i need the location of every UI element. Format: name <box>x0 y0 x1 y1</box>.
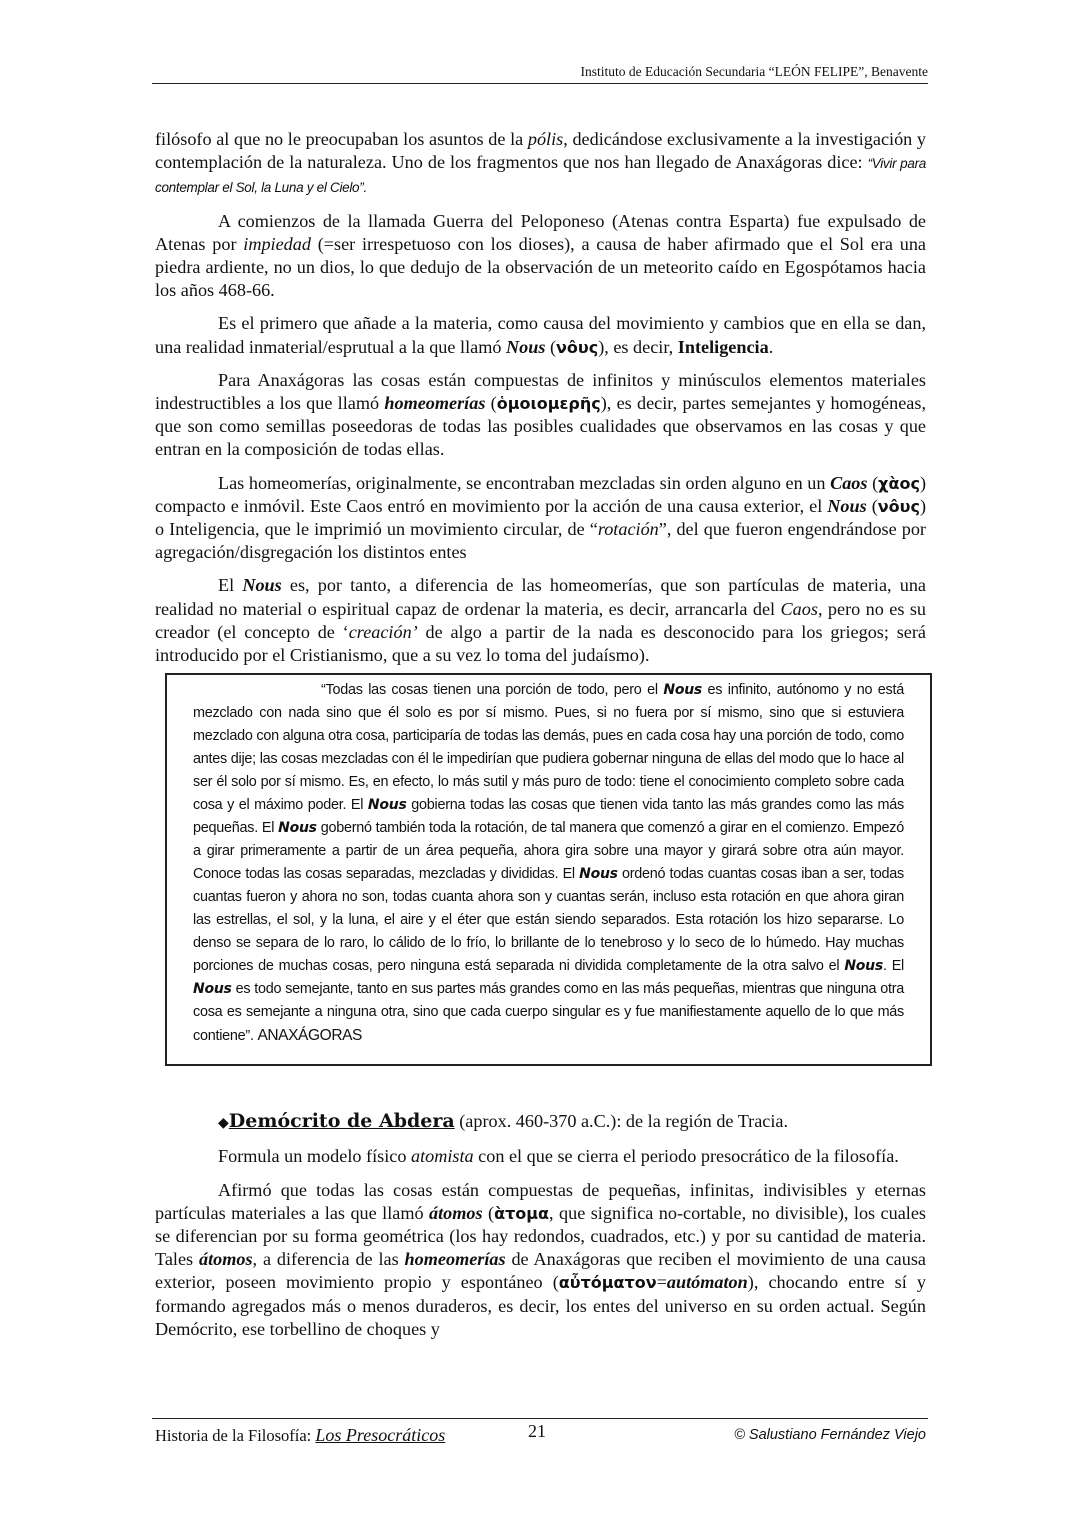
term-nous: Nous <box>827 496 866 516</box>
text: Formula un modelo físico <box>218 1146 411 1166</box>
text: ( <box>545 337 556 357</box>
term-inteligencia: Inteligencia <box>678 337 769 357</box>
page-number: 21 <box>528 1421 546 1442</box>
term-impiedad: impiedad <box>243 234 311 254</box>
paragraph: Las homeomerías, originalmente, se encon… <box>155 472 926 565</box>
text: . <box>769 337 774 357</box>
text: ordenó todas cuantas cosas iban a ser, t… <box>193 866 904 974</box>
term-atomista: atomista <box>411 1146 474 1166</box>
term-nous: Nous <box>278 820 317 836</box>
text: ( <box>483 1203 495 1223</box>
term-automaton: autómaton <box>667 1272 748 1292</box>
term-homeomerias: homeomerías <box>405 1249 506 1269</box>
greek-term: ὁμοιομερῆς <box>497 394 601 413</box>
text: “Todas las cosas tienen una porción de t… <box>321 682 663 698</box>
term-homeomerias: homeomerías <box>384 393 485 413</box>
footer-copyright: © Salustiano Fernández Viejo <box>734 1427 926 1443</box>
term-nous: Nous <box>663 682 702 698</box>
greek-term: χὰος <box>878 474 920 493</box>
quote-author: ANAXÁGORAS <box>257 1027 362 1044</box>
text: Las homeomerías, originalmente, se encon… <box>218 473 830 493</box>
text: = <box>657 1272 667 1292</box>
text: ( <box>485 393 496 413</box>
greek-term: ὰτομα <box>494 1204 549 1223</box>
greek-term: αὖτόματον <box>559 1273 657 1292</box>
term-nous: Nous <box>242 575 281 595</box>
term-nous: Nous <box>844 958 883 974</box>
text: ( <box>867 496 878 516</box>
term-rotacion: rotación <box>598 519 659 539</box>
footer-course: Los Presocráticos <box>315 1425 445 1445</box>
page-footer: Historia de la Filosofía: Los Presocráti… <box>152 1418 928 1423</box>
paragraph: El Nous es, por tanto, a diferencia de l… <box>155 574 926 667</box>
paragraph: filósofo al que no le preocupaban los as… <box>155 128 926 200</box>
text: filósofo al que no le preocupaban los as… <box>155 129 528 149</box>
quote-box: “Todas las cosas tienen una porción de t… <box>165 673 932 1066</box>
section-details: (aprox. 460-370 a.C.): de la región de T… <box>455 1111 788 1131</box>
paragraph: A comienzos de la llamada Guerra del Pel… <box>155 210 926 303</box>
paragraph: Formula un modelo físico atomista con el… <box>155 1145 926 1168</box>
section-name: Demócrito de Abdera <box>229 1110 455 1132</box>
term-nous: Nous <box>506 337 545 357</box>
term-nous: Nous <box>368 797 407 813</box>
text: , a diferencia de las <box>253 1249 405 1269</box>
greek-term: νôυς <box>878 497 920 516</box>
text: es infinito, autónomo y no está mezclado… <box>193 682 904 813</box>
text: ( <box>867 473 878 493</box>
footer-title: Historia de la Filosofía: Los Presocráti… <box>155 1425 445 1446</box>
term-nous: Nous <box>193 981 232 997</box>
quote-text: “Todas las cosas tienen una porción de t… <box>193 679 904 1048</box>
paragraph: Es el primero que añade a la materia, co… <box>155 312 926 358</box>
term-atomos: átomos <box>429 1203 483 1223</box>
footer-subject: Historia de la Filosofía: <box>155 1426 315 1445</box>
term-caos: Caos <box>781 599 818 619</box>
section-heading: ◆Demócrito de Abdera (aprox. 460-370 a.C… <box>155 1110 926 1135</box>
term-creacion: creación’ <box>349 622 418 642</box>
term-atomos: átomos <box>199 1249 253 1269</box>
page-body: filósofo al que no le preocupaban los as… <box>155 128 926 1351</box>
document-page: Instituto de Educación Secundaria “LEÓN … <box>0 0 1080 1528</box>
greek-term: νôυς <box>556 338 598 357</box>
header-institution: Instituto de Educación Secundaria “LEÓN … <box>580 64 928 79</box>
term-caos: Caos <box>830 473 867 493</box>
diamond-bullet-icon: ◆ <box>218 1115 229 1131</box>
term-nous: Nous <box>579 866 618 882</box>
page-header: Instituto de Educación Secundaria “LEÓN … <box>152 64 928 84</box>
term-polis: pólis <box>528 129 563 149</box>
text: con el que se cierra el periodo presocrá… <box>474 1146 899 1166</box>
text: . El <box>883 958 904 974</box>
paragraph: Para Anaxágoras las cosas están compuest… <box>155 369 926 462</box>
text: ), es decir, <box>598 337 678 357</box>
paragraph: Afirmó que todas las cosas están compues… <box>155 1179 926 1341</box>
text: El <box>218 575 242 595</box>
